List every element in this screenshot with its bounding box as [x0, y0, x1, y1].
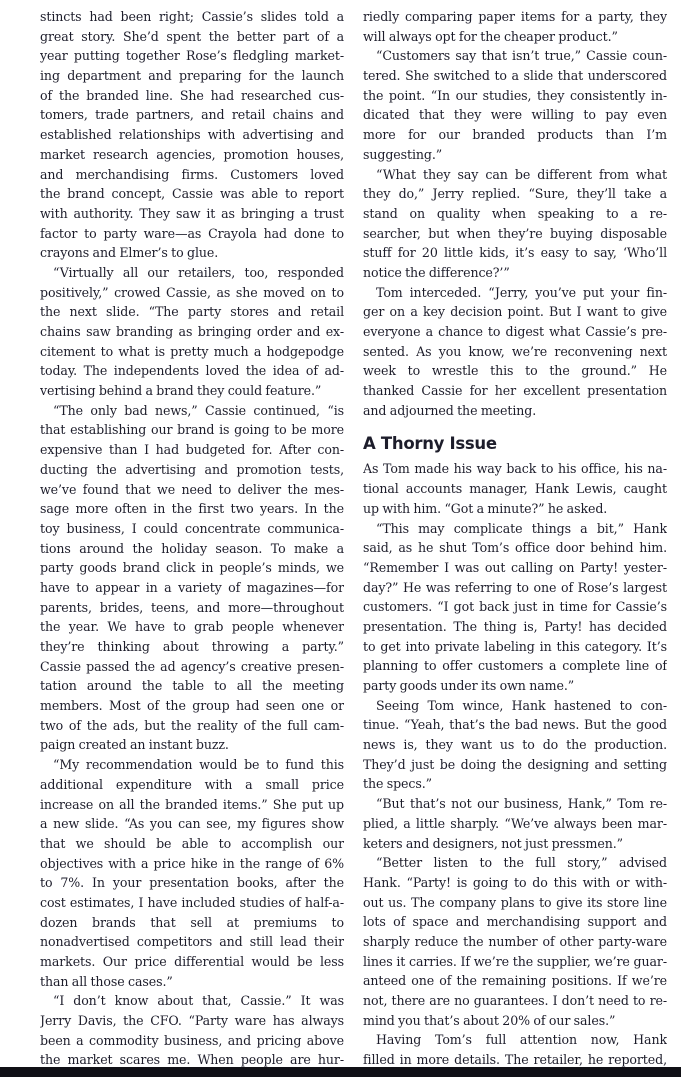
- text-line: Having Tom’s full attention now, Hank: [363, 1030, 667, 1050]
- text-line: party goods brand click in people’s mind…: [40, 558, 344, 578]
- text-line: they do,” Jerry replied. “Sure, they’ll …: [363, 184, 667, 204]
- text-line: that establishing our brand is going to …: [40, 420, 344, 440]
- text-line: year putting together Rose’s fledgling m…: [40, 46, 344, 66]
- paragraph: “Virtually all our retailers, too, respo…: [40, 263, 344, 401]
- text-line: to get into private labeling in this cat…: [363, 637, 667, 657]
- document-page: stincts had been right; Cassie’s slides …: [0, 0, 681, 1077]
- text-line: they’re thinking about throwing a party.…: [40, 637, 344, 657]
- text-line: the point. “In our studies, they consist…: [363, 86, 667, 106]
- paragraph: “What they say can be different from wha…: [363, 165, 667, 283]
- text-line: market research agencies, promotion hous…: [40, 145, 344, 165]
- paragraph: “Customers say that isn’t true,” Cassie …: [363, 46, 667, 164]
- text-line: established relationships with advertisi…: [40, 125, 344, 145]
- text-line: tation around the table to all the meeti…: [40, 676, 344, 696]
- text-line: searcher, but when they’re buying dispos…: [363, 224, 667, 244]
- text-line: ger on a key decision point. But I want …: [363, 302, 667, 322]
- text-line: cost estimates, I have included studies …: [40, 893, 344, 913]
- paragraph: “My recommendation would be to fund this…: [40, 755, 344, 991]
- text-line: toy business, I could concentrate commun…: [40, 519, 344, 539]
- text-line: tions around the holiday season. To make…: [40, 539, 344, 559]
- text-line: “Customers say that isn’t true,” Cassie …: [363, 46, 667, 66]
- text-line: week to wrestle this to the ground.” He: [363, 361, 667, 381]
- text-line: stincts had been right; Cassie’s slides …: [40, 7, 344, 27]
- text-line: tered. She switched to a slide that unde…: [363, 66, 667, 86]
- text-line: customers. “I got back just in time for …: [363, 597, 667, 617]
- text-line: Jerry Davis, the CFO. “Party ware has al…: [40, 1011, 344, 1031]
- text-line: tional accounts manager, Hank Lewis, cau…: [363, 479, 667, 499]
- text-line: anteed one of the remaining positions. I…: [363, 971, 667, 991]
- text-line: objectives with a price hike in the rang…: [40, 854, 344, 874]
- text-line: two of the ads, but the reality of the f…: [40, 716, 344, 736]
- text-line: riedly comparing paper items for a party…: [363, 7, 667, 27]
- text-line: Tom interceded. “Jerry, you’ve put your …: [363, 283, 667, 303]
- text-line: presentation. The thing is, Party! has d…: [363, 617, 667, 637]
- text-line: suggesting.”: [363, 145, 667, 165]
- text-line: news is, they want us to do the producti…: [363, 735, 667, 755]
- text-line: paign created an instant buzz.: [40, 735, 344, 755]
- text-line: everyone a chance to digest what Cassie’…: [363, 322, 667, 342]
- text-columns: stincts had been right; Cassie’s slides …: [40, 7, 667, 1070]
- text-line: keters and designers, not just pressmen.…: [363, 834, 667, 854]
- text-line: more for our branded products than I’m: [363, 125, 667, 145]
- text-line: sented. As you know, we’re reconvening n…: [363, 342, 667, 362]
- text-line: “Virtually all our retailers, too, respo…: [40, 263, 344, 283]
- text-line: crayons and Elmer’s to glue.: [40, 243, 344, 263]
- text-line: sharply reduce the number of other party…: [363, 932, 667, 952]
- text-line: “Better listen to the full story,” advis…: [363, 853, 667, 873]
- text-line: and adjourned the meeting.: [363, 401, 667, 421]
- text-line: that we should be able to accomplish our: [40, 834, 344, 854]
- text-line: markets. Our price differential would be…: [40, 952, 344, 972]
- text-line: we’ve found that we need to deliver the …: [40, 480, 344, 500]
- text-line: sage more often in the first two years. …: [40, 499, 344, 519]
- text-line: the year. We have to grab people wheneve…: [40, 617, 344, 637]
- paragraph: Tom interceded. “Jerry, you’ve put your …: [363, 283, 667, 421]
- text-line: Cassie passed the ad agency’s creative p…: [40, 657, 344, 677]
- paragraph: “Better listen to the full story,” advis…: [363, 853, 667, 1030]
- text-line: factor to party ware—as Crayola had done…: [40, 224, 344, 244]
- text-line: dozen brands that sell at premiums to: [40, 913, 344, 933]
- text-line: nonadvertised competitors and still lead…: [40, 932, 344, 952]
- text-line: Hank. “Party! is going to do this with o…: [363, 873, 667, 893]
- text-line: of the branded line. She had researched …: [40, 86, 344, 106]
- text-line: stuff for 20 little kids, it’s easy to s…: [363, 243, 667, 263]
- text-line: notice the difference?’”: [363, 263, 667, 283]
- text-line: plied, a little sharply. “We’ve always b…: [363, 814, 667, 834]
- text-line: positively,” crowed Cassie, as she moved…: [40, 283, 344, 303]
- left-text-column: stincts had been right; Cassie’s slides …: [40, 7, 344, 1070]
- text-line: tinue. “Yeah, that’s the bad news. But t…: [363, 715, 667, 735]
- text-line: “Remember I was out calling on Party! ye…: [363, 558, 667, 578]
- text-line: party goods under its own name.”: [363, 676, 667, 696]
- paragraph: Seeing Tom wince, Hank hastened to con-t…: [363, 696, 667, 794]
- text-line: lots of space and merchandising support …: [363, 912, 667, 932]
- text-line: expensive than I had budgeted for. After…: [40, 440, 344, 460]
- text-line: lines it carries. If we’re the supplier,…: [363, 952, 667, 972]
- text-line: the specs.”: [363, 774, 667, 794]
- text-line: ing department and preparing for the lau…: [40, 66, 344, 86]
- text-line: dicated that they were willing to pay ev…: [363, 105, 667, 125]
- text-line: tomers, trade partners, and retail chain…: [40, 105, 344, 125]
- text-line: Seeing Tom wince, Hank hastened to con-: [363, 696, 667, 716]
- paragraph: “This may complicate things a bit,” Hank…: [363, 519, 667, 696]
- text-line: As Tom made his way back to his office, …: [363, 459, 667, 479]
- paragraph: Having Tom’s full attention now, Hankfil…: [363, 1030, 667, 1069]
- text-line: vertising behind a brand they could feat…: [40, 381, 344, 401]
- text-line: the next slide. “The party stores and re…: [40, 302, 344, 322]
- text-line: additional expenditure with a small pric…: [40, 775, 344, 795]
- paragraph: “I don’t know about that, Cassie.” It wa…: [40, 991, 344, 1070]
- section-heading: A Thorny Issue: [363, 433, 667, 454]
- text-line: today. The independents loved the idea o…: [40, 361, 344, 381]
- text-line: members. Most of the group had seen one …: [40, 696, 344, 716]
- text-line: increase on all the branded items.” She …: [40, 795, 344, 815]
- right-text-column: riedly comparing paper items for a party…: [363, 7, 667, 1070]
- page-footer-bar: [0, 1067, 681, 1077]
- text-line: said, as he shut Tom’s office door behin…: [363, 538, 667, 558]
- text-line: up with him. “Got a minute?” he asked.: [363, 499, 667, 519]
- text-line: than all those cases.”: [40, 972, 344, 992]
- text-line: out us. The company plans to give its st…: [363, 893, 667, 913]
- text-line: the brand concept, Cassie was able to re…: [40, 184, 344, 204]
- paragraph: stincts had been right; Cassie’s slides …: [40, 7, 344, 263]
- text-line: “My recommendation would be to fund this: [40, 755, 344, 775]
- text-line: “The only bad news,” Cassie continued, “…: [40, 401, 344, 421]
- text-line: have to appear in a variety of magazines…: [40, 578, 344, 598]
- text-line: “What they say can be different from wha…: [363, 165, 667, 185]
- text-line: “But that’s not our business, Hank,” Tom…: [363, 794, 667, 814]
- text-line: ducting the advertising and promotion te…: [40, 460, 344, 480]
- text-line: parents, brides, teens, and more—through…: [40, 598, 344, 618]
- text-line: They’d just be doing the designing and s…: [363, 755, 667, 775]
- text-line: stand on quality when speaking to a re-: [363, 204, 667, 224]
- text-line: been a commodity business, and pricing a…: [40, 1031, 344, 1051]
- text-line: will always opt for the cheaper product.…: [363, 27, 667, 47]
- paragraph: As Tom made his way back to his office, …: [363, 459, 667, 518]
- text-line: not, there are no guarantees. I don’t ne…: [363, 991, 667, 1011]
- text-line: “I don’t know about that, Cassie.” It wa…: [40, 991, 344, 1011]
- text-line: day?” He was referring to one of Rose’s …: [363, 578, 667, 598]
- paragraph: riedly comparing paper items for a party…: [363, 7, 667, 46]
- text-line: great story. She’d spent the better part…: [40, 27, 344, 47]
- text-line: planning to offer customers a complete l…: [363, 656, 667, 676]
- paragraph: “The only bad news,” Cassie continued, “…: [40, 401, 344, 755]
- text-line: a new slide. “As you can see, my figures…: [40, 814, 344, 834]
- text-line: and merchandising firms. Customers loved: [40, 165, 344, 185]
- text-line: to 7%. In your presentation books, after…: [40, 873, 344, 893]
- text-line: with authority. They saw it as bringing …: [40, 204, 344, 224]
- text-line: mind you that’s about 20% of our sales.”: [363, 1011, 667, 1031]
- text-line: “This may complicate things a bit,” Hank: [363, 519, 667, 539]
- text-line: chains saw branding as bringing order an…: [40, 322, 344, 342]
- text-line: thanked Cassie for her excellent present…: [363, 381, 667, 401]
- paragraph: “But that’s not our business, Hank,” Tom…: [363, 794, 667, 853]
- text-line: citement to what is pretty much a hodgep…: [40, 342, 344, 362]
